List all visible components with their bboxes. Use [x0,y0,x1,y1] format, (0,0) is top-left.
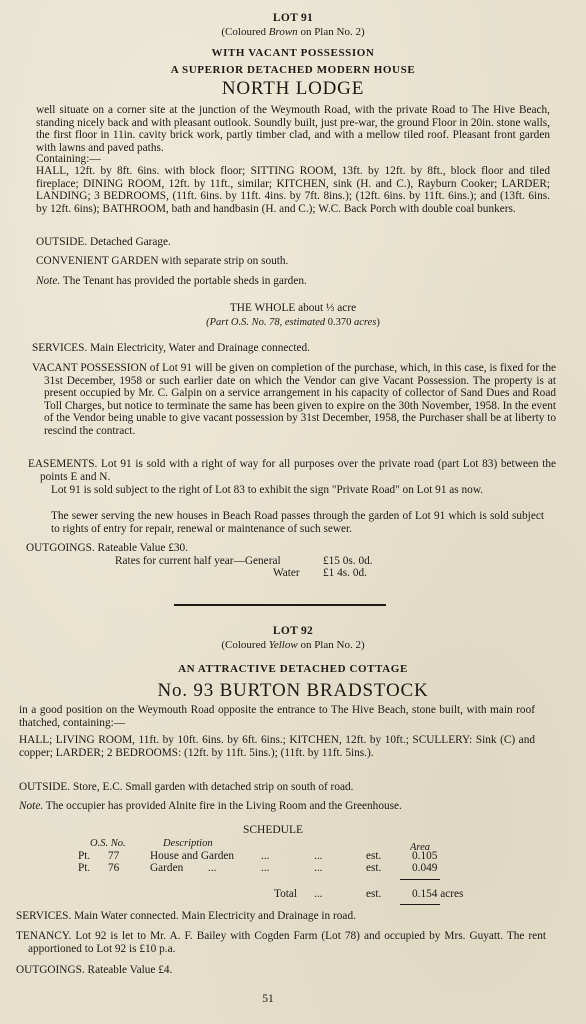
lot-92-outside: OUTSIDE. Store, E.C. Small garden with d… [19,781,353,794]
schedule-total-rule [400,904,440,905]
lot-92-title: LOT 92 [0,625,586,637]
lot-91-whole-area: THE WHOLE about ⅓ acre [0,302,586,315]
lot-92-tenancy: TENANCY. Lot 92 is let to Mr. A. F. Bail… [16,930,546,955]
schedule-title: SCHEDULE [0,824,546,836]
schedule-col-description: Description [163,838,213,849]
lot-91-whole-detail: (Part O.S. No. 78, estimated 0.370 acres… [0,316,586,329]
lot-92-rooms: HALL; LIVING ROOM, 11ft. by 10ft. 6ins. … [19,734,535,759]
schedule-sum-rule [400,879,440,880]
lot-91-rates-water-label: Water [273,567,300,580]
lot-91-rates-label: Rates for current half year—General [115,555,281,568]
lot-91-property-name: NORTH LODGE [0,78,586,100]
lot-91-plan-note: (Coloured Brown on Plan No. 2) [0,26,586,38]
lot-92-property-name: No. 93 BURTON BRADSTOCK [0,680,586,702]
lot-91-easements-1: EASEMENTS. Lot 91 is sold with a right o… [28,458,556,483]
lot-91-title: LOT 91 [0,12,586,24]
lot-91-vacant-possession: VACANT POSSESSION of Lot 91 will be give… [32,362,556,438]
lot-91-outside: OUTSIDE. Detached Garage. [36,236,171,249]
lot-91-rates-water: £1 4s. 0d. [323,567,367,580]
lot-91-services: SERVICES. Main Electricity, Water and Dr… [32,342,310,355]
lot-92-outgoings: OUTGOINGS. Rateable Value £4. [16,964,172,977]
lot-91-rooms: HALL, 12ft. by 8ft. 6ins. with block flo… [36,165,550,215]
lot-91-heading-vacant: WITH VACANT POSSESSION [0,47,586,59]
schedule-col-os: O.S. No. [90,838,126,849]
section-divider [174,604,386,606]
lot-91-intro: well situate on a corner site at the jun… [36,104,550,154]
catalogue-page: LOT 91 (Coloured Brown on Plan No. 2) WI… [0,0,586,1024]
lot-91-note: Note. The Tenant has provided the portab… [36,275,307,288]
lot-92-plan-note: (Coloured Yellow on Plan No. 2) [0,639,586,651]
lot-92-intro: in a good position on the Weymouth Road … [19,704,535,729]
lot-92-services: SERVICES. Main Water connected. Main Ele… [16,910,356,923]
lot-91-heading-house: A SUPERIOR DETACHED MODERN HOUSE [0,64,586,76]
lot-91-garden: CONVENIENT GARDEN with separate strip on… [36,255,288,268]
lot-91-easements-2: Lot 91 is sold subject to the right of L… [51,484,544,497]
lot-92-heading: AN ATTRACTIVE DETACHED COTTAGE [0,663,586,675]
page-number: 51 [0,993,536,1005]
lot-91-outgoings: OUTGOINGS. Rateable Value £30. [26,542,188,555]
lot-92-note: Note. The occupier has provided Alnite f… [19,800,402,813]
lot-91-easements-3: The sewer serving the new houses in Beac… [51,510,544,535]
